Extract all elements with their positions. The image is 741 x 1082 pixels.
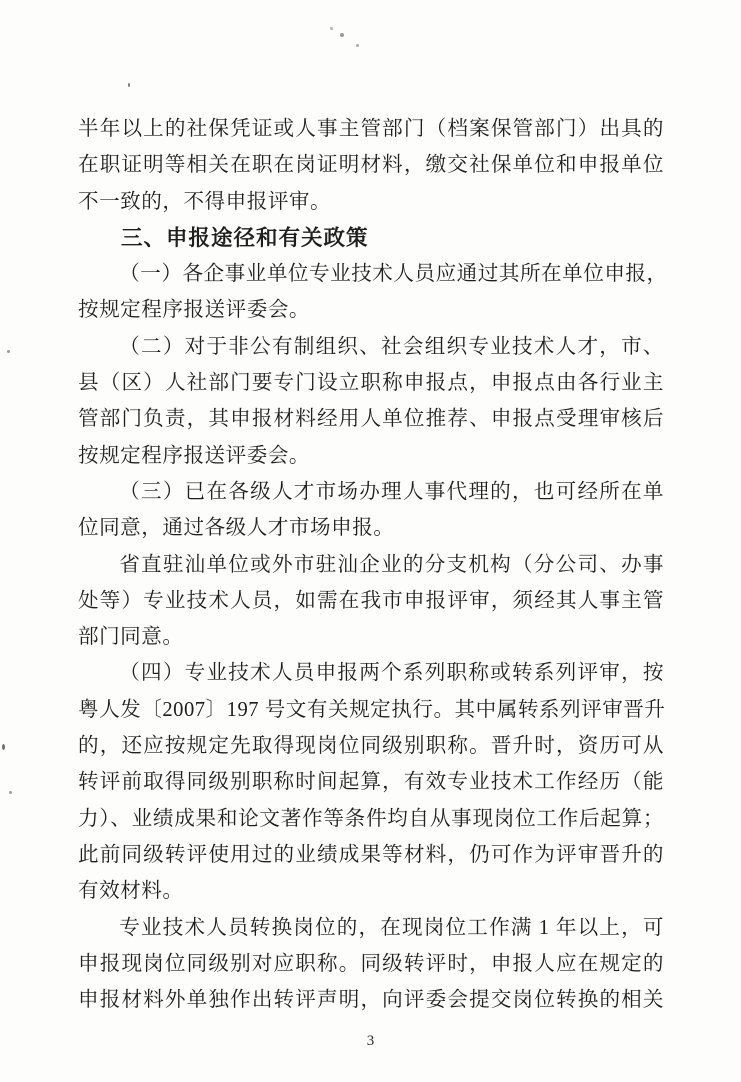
scan-speck [9,791,12,794]
text-line: 县（区）人社部门要专门设立职称申报点，申报点由各行业主 [78,365,664,401]
text-line: 处等）专业技术人员，如需在我市申报评审，须经其人事主管 [78,583,664,619]
text-line: 力）、业绩成果和论文著作等条件均自从事现岗位工作后起算； [78,801,664,837]
text-line: 部门同意。 [78,619,664,655]
text-line: 申报现岗位同级别对应职称。同级转评时，申报人应在规定的 [78,946,664,982]
text-line: （四）专业技术人员申报两个系列职称或转系列评审，按 [78,655,664,691]
section-heading: 三、申报途径和有关政策 [78,220,664,256]
text-line: 有效材料。 [78,873,664,909]
scan-speck [330,27,333,30]
text-line: 申报材料外单独作出转评声明，向评委会提交岗位转换的相关 [78,982,664,1018]
text-line: 粤人发〔2007〕197 号文有关规定执行。其中属转系列评审晋升 [78,692,664,728]
text-line: 管部门负责，其申报材料经用人单位推荐、申报点受理审核后 [78,401,664,437]
scan-speck [2,744,5,750]
text-line: 转评前取得同级别职称时间起算，有效专业技术工作经历（能 [78,764,664,800]
text-line: 的，还应按规定先取得现岗位同级别职称。晋升时，资历可从 [78,728,664,764]
text-line: （三）已在各级人才市场办理人事代理的，也可经所在单 [78,474,664,510]
text-line: 省直驻汕单位或外市驻汕企业的分支机构（分公司、办事 [78,547,664,583]
document-page: 半年以上的社保凭证或人事主管部门（档案保管部门）出具的 在职证明等相关在职在岗证… [0,0,741,1082]
scan-speck [128,83,130,87]
scan-speck [340,33,344,37]
text-line: 不一致的，不得申报评审。 [78,184,664,220]
text-line: 半年以上的社保凭证或人事主管部门（档案保管部门）出具的 [78,111,664,147]
scan-speck [356,44,359,47]
text-line: 在职证明等相关在职在岗证明材料，缴交社保单位和申报单位 [78,147,664,183]
text-line: （一）各企事业单位专业技术人员应通过其所在单位申报， [78,256,664,292]
text-line: 按规定程序报送评委会。 [78,292,664,328]
page-number: 3 [0,1033,741,1050]
text-line: 按规定程序报送评委会。 [78,438,664,474]
text-line: （二）对于非公有制组织、社会组织专业技术人才，市、 [78,329,664,365]
scan-speck [7,350,10,353]
text-line: 此前同级转评使用过的业绩成果等材料，仍可作为评审晋升的 [78,837,664,873]
document-body: 半年以上的社保凭证或人事主管部门（档案保管部门）出具的 在职证明等相关在职在岗证… [78,111,664,1018]
text-line: 位同意，通过各级人才市场申报。 [78,510,664,546]
text-line: 专业技术人员转换岗位的，在现岗位工作满 1 年以上，可 [78,910,664,946]
